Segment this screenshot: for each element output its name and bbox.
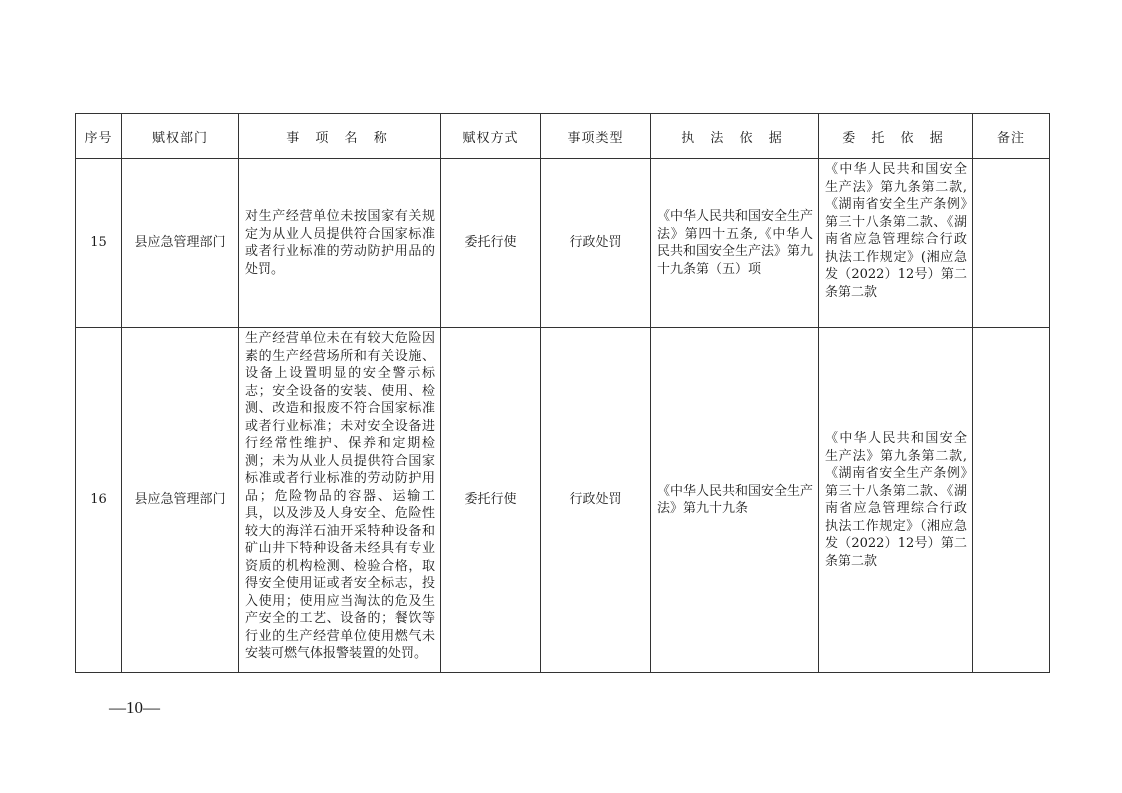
header-legal-basis: 执 法 依 据: [651, 114, 819, 159]
cell-delegation-basis: 《中华人民共和国安全生产法》第九条第二款,《湖南省安全生产条例》第三十八条第二款…: [819, 328, 973, 673]
header-remarks: 备注: [973, 114, 1050, 159]
cell-department: 县应急管理部门: [122, 328, 239, 673]
cell-remarks: [973, 328, 1050, 673]
cell-serial-no: 16: [76, 328, 122, 673]
header-department: 赋权部门: [122, 114, 239, 159]
cell-method: 委托行使: [441, 328, 541, 673]
page-number: —10—: [109, 698, 160, 718]
delegation-items-table: 序号 赋权部门 事 项 名 称 赋权方式 事项类型 执 法 依 据 委 托 依 …: [75, 113, 1050, 673]
cell-department: 县应急管理部门: [122, 159, 239, 328]
table-header-row: 序号 赋权部门 事 项 名 称 赋权方式 事项类型 执 法 依 据 委 托 依 …: [76, 114, 1050, 159]
cell-item-name: 对生产经营单位未按国家有关规定为从业人员提供符合国家标准或者行业标准的劳动防护用…: [239, 159, 441, 328]
header-method: 赋权方式: [441, 114, 541, 159]
header-type: 事项类型: [541, 114, 651, 159]
cell-serial-no: 15: [76, 159, 122, 328]
cell-delegation-basis: 《中华人民共和国安全生产法》第九条第二款,《湖南省安全生产条例》第三十八条第二款…: [819, 159, 973, 328]
table-row: 15 县应急管理部门 对生产经营单位未按国家有关规定为从业人员提供符合国家标准或…: [76, 159, 1050, 328]
header-item-name: 事 项 名 称: [239, 114, 441, 159]
cell-item-name: 生产经营单位未在有较大危险因素的生产经营场所和有关设施、设备上设置明显的安全警示…: [239, 328, 441, 673]
header-serial-no: 序号: [76, 114, 122, 159]
table-row: 16 县应急管理部门 生产经营单位未在有较大危险因素的生产经营场所和有关设施、设…: [76, 328, 1050, 673]
cell-legal-basis: 《中华人民共和国安全生产法》第四十五条,《中华人民共和国安全生产法》第九十九条第…: [651, 159, 819, 328]
cell-type: 行政处罚: [541, 328, 651, 673]
cell-method: 委托行使: [441, 159, 541, 328]
cell-remarks: [973, 159, 1050, 328]
header-delegation-basis: 委 托 依 据: [819, 114, 973, 159]
cell-legal-basis: 《中华人民共和国安全生产法》第九十九条: [651, 328, 819, 673]
cell-type: 行政处罚: [541, 159, 651, 328]
